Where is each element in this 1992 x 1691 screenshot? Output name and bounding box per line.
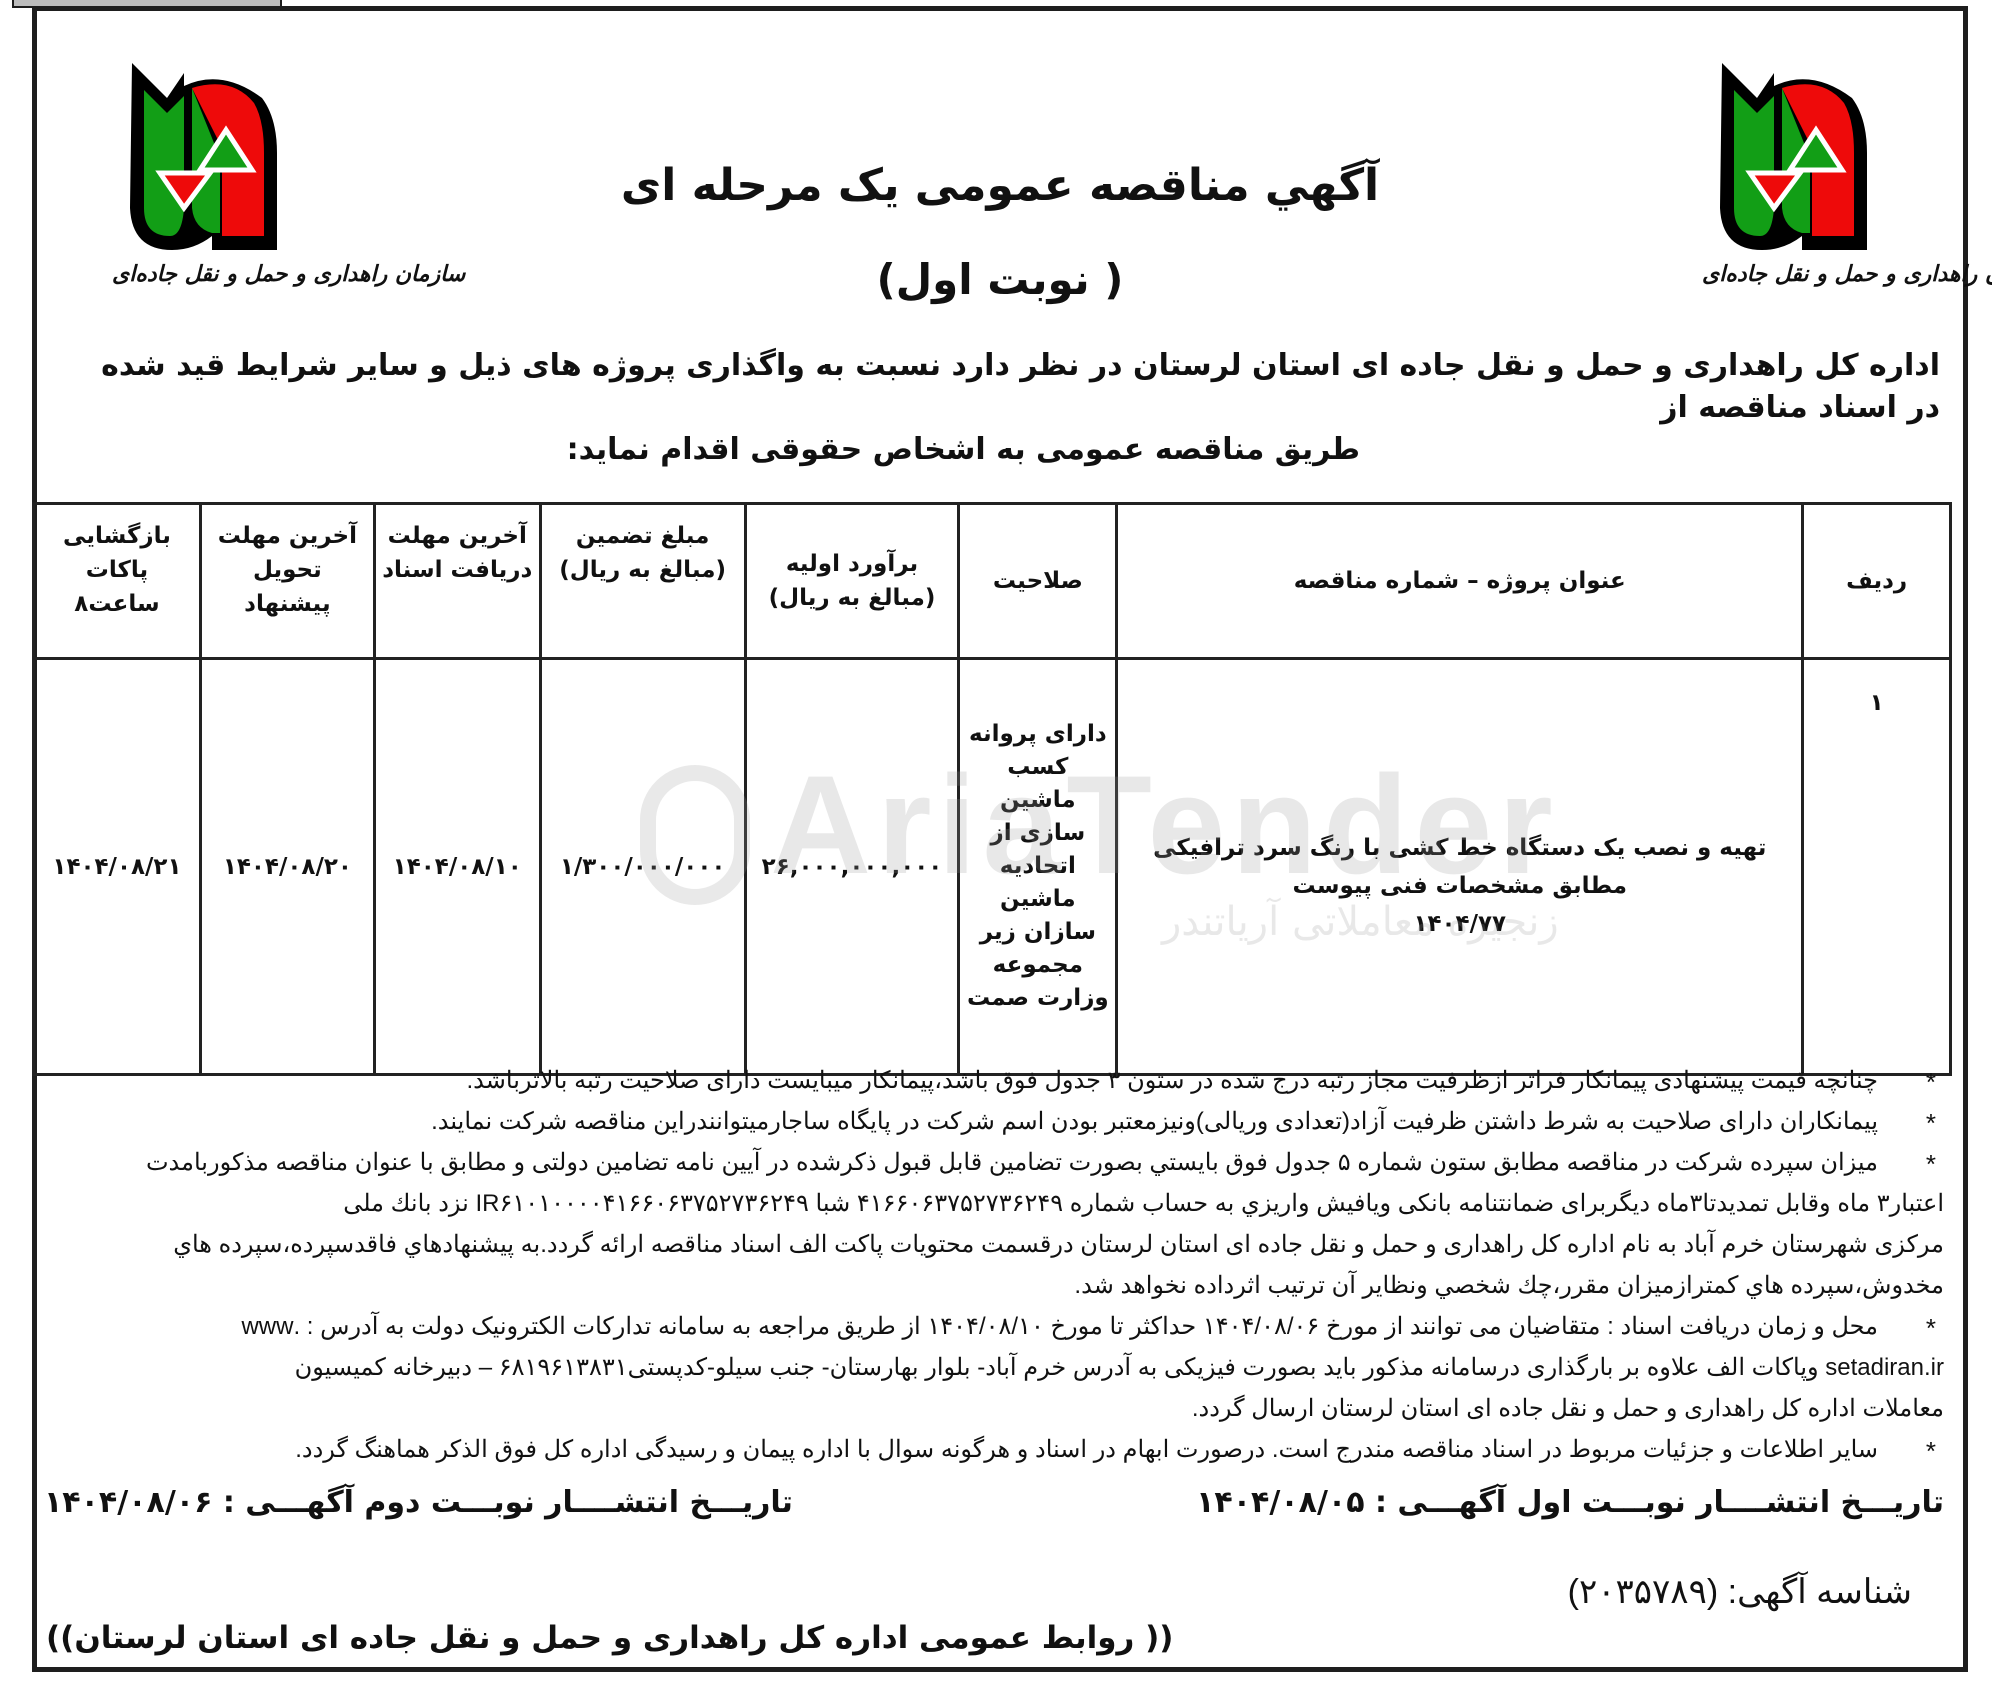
col-header-doc-deadline: آخرین مهلتدریافت اسناد — [374, 504, 540, 659]
bullet-star-icon: * — [1926, 1144, 1936, 1185]
intro-line-2: طریق مناقصه عمومی به اشخاص حقوقی اقدام ن… — [80, 429, 1940, 471]
second-publication: تاریـــخ انتشــــار نوبـــت دوم آگهـــی … — [44, 1485, 793, 1520]
intro-paragraph: اداره کل راهداری و حمل و نقل جاده ای است… — [80, 345, 1940, 471]
cell-opening-date: ۱۴۰۴/۰۸/۲۱ — [34, 659, 201, 1075]
bullet-star-icon: * — [1926, 1103, 1936, 1144]
col-header-row: ردیف — [1803, 504, 1951, 659]
org-caption: سازمان راهداری و حمل و نقل جاده‌ای — [1702, 261, 1882, 287]
ad-id-value: (۲۰۳۵۷۸۹) — [1568, 1573, 1719, 1611]
ad-id: شناسه آگهی: (۲۰۳۵۷۸۹) — [1568, 1572, 1912, 1612]
col-header-title: عنوان پروژه – شماره مناقصه — [1117, 504, 1803, 659]
tender-table: ردیف عنوان پروژه – شماره مناقصه صلاحیت ب… — [32, 502, 1952, 1076]
public-relations-footer: (( روابط عمومی اداره کل راهداری و حمل و … — [46, 1620, 1173, 1656]
org-logo-left: سازمان راهداری و حمل و نقل جاده‌ای — [112, 58, 292, 287]
bullet-star-icon: * — [1926, 1308, 1936, 1349]
bullet-star-icon: * — [1926, 1062, 1936, 1103]
second-publication-date: ۱۴۰۴/۰۸/۰۶ — [44, 1485, 212, 1520]
intro-line-1: اداره کل راهداری و حمل و نقل جاده ای است… — [80, 345, 1940, 429]
first-publication: تاریـــخ انتشــــار نوبـــت اول آگهـــی … — [1196, 1485, 1944, 1520]
cell-row-number: ۱ — [1803, 659, 1951, 1075]
note-item: * پیمانکاران دارای صلاحیت به شرط داشتن ظ… — [44, 1101, 1944, 1142]
publication-dates: تاریـــخ انتشــــار نوبـــت اول آگهـــی … — [44, 1485, 1944, 1533]
cell-estimate: ۲۶,۰۰۰,۰۰۰,۰۰۰ — [745, 659, 959, 1075]
rmto-logo-icon — [1712, 58, 1872, 253]
note-item: * میزان سپرده شرکت در مناقصه مطابق ستون … — [44, 1142, 1944, 1183]
notes-section: * چنانچه قیمت پیشنهادی پیمانکار فراتر از… — [44, 1060, 1944, 1470]
note-item-continuation: معاملات اداره کل راهداری و حمل و نقل جاد… — [44, 1388, 1944, 1429]
note-item-continuation: اعتبار۳ ماه وقابل تمدیدتا۳ماه دیگربرای ض… — [44, 1183, 1944, 1224]
col-header-guarantee: مبلغ تضمین(مبالغ به ریال) — [540, 504, 745, 659]
note-item-continuation: مخدوش،سپرده هاي کمترازمیزان مقرر،چك شخصي… — [44, 1265, 1944, 1306]
col-header-bid-deadline: آخرین مهلتتحویل پیشنهاد — [200, 504, 374, 659]
note-item-continuation: مرکزی شهرستان خرم آباد به نام اداره کل ر… — [44, 1224, 1944, 1265]
cell-bid-deadline: ۱۴۰۴/۰۸/۲۰ — [200, 659, 374, 1075]
bullet-star-icon: * — [1926, 1431, 1936, 1472]
second-publication-label: تاریـــخ انتشــــار نوبـــت دوم آگهـــی … — [223, 1485, 793, 1520]
first-publication-date: ۱۴۰۴/۰۸/۰۵ — [1196, 1485, 1364, 1520]
org-caption: سازمان راهداری و حمل و نقل جاده‌ای — [112, 261, 292, 287]
table-header-row: ردیف عنوان پروژه – شماره مناقصه صلاحیت ب… — [34, 504, 1951, 659]
cell-project-title: تهیه و نصب یک دستگاه خط کشی با رنگ سرد ت… — [1117, 659, 1803, 1075]
cell-guarantee: ۱/۳۰۰/۰۰۰/۰۰۰ — [540, 659, 745, 1075]
ad-id-label: شناسه آگهی: — [1728, 1573, 1912, 1611]
first-publication-label: تاریـــخ انتشــــار نوبـــت اول آگهـــی … — [1375, 1485, 1944, 1520]
notice-round: ( نوبت اول) — [600, 255, 1400, 304]
note-item: * چنانچه قیمت پیشنهادی پیمانکار فراتر از… — [44, 1060, 1944, 1101]
cell-doc-deadline: ۱۴۰۴/۰۸/۱۰ — [374, 659, 540, 1075]
table-row: ۱ تهیه و نصب یک دستگاه خط کشی با رنگ سرد… — [34, 659, 1951, 1075]
note-item-continuation: setadiran.ir وپاکات الف علاوه بر بارگذار… — [44, 1347, 1944, 1388]
notice-title: آگهي مناقصه عمومی یک مرحله ای — [600, 160, 1400, 211]
cell-qualification: دارای پروانه کسب ماشین سازی از اتحادیه م… — [959, 659, 1117, 1075]
col-header-qualification: صلاحیت — [959, 504, 1117, 659]
col-header-opening: بازگشایی پاکاتساعت۸ — [34, 504, 201, 659]
note-item: * سایر اطلاعات و جزئیات مربوط در اسناد م… — [44, 1429, 1944, 1470]
note-item: * محل و زمان دریافت اسناد : متقاضیان می … — [44, 1306, 1944, 1347]
rmto-logo-icon — [122, 58, 282, 253]
col-header-estimate: برآورد اولیه(مبالغ به ریال) — [745, 504, 959, 659]
org-logo-right: سازمان راهداری و حمل و نقل جاده‌ای — [1702, 58, 1882, 287]
